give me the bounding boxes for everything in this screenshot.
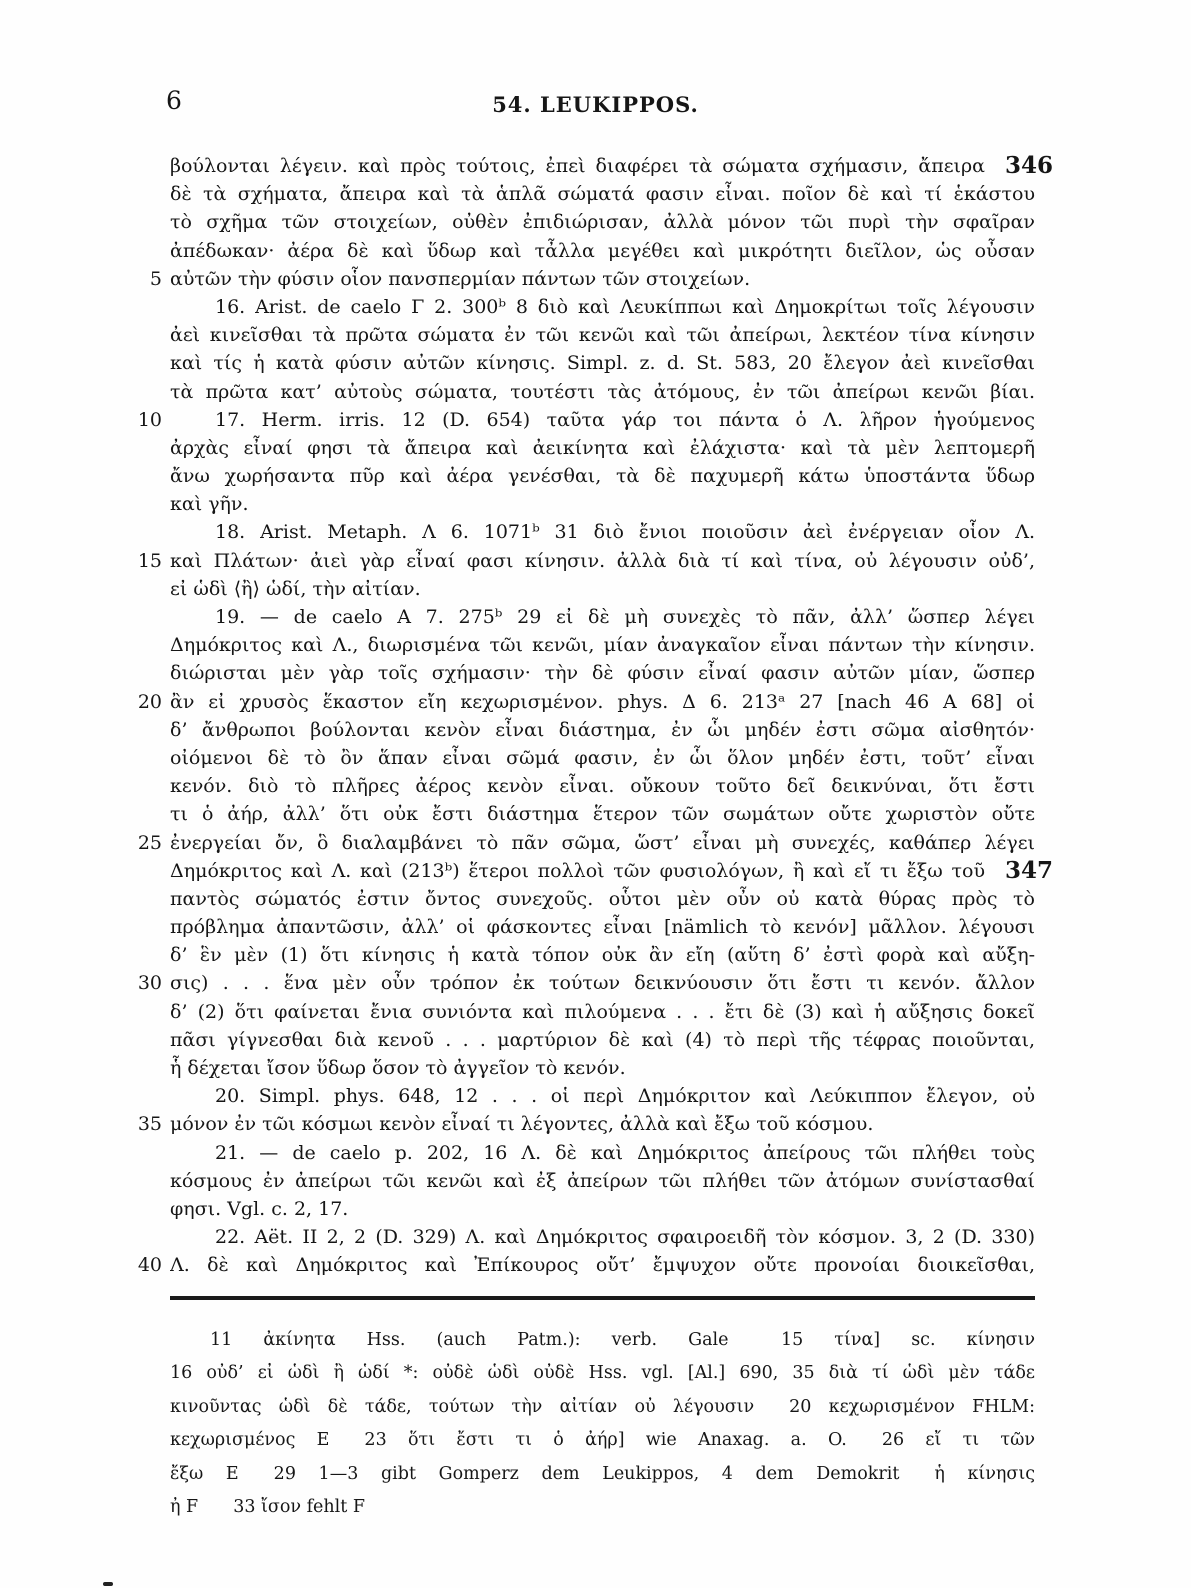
main-text-block: βούλονται λέγειν. καὶ πρὸς τούτοις, ἐπεὶ… [170, 152, 1035, 1280]
text-line-content: ἀεὶ κινεῖσθαι τὰ πρῶτα σώματα ἐν τῶι κεν… [170, 321, 1035, 349]
text-line: οἰόμενοι δὲ τὸ ὂν ἅπαν εἶναι σῶμά φασιν,… [170, 744, 1035, 772]
text-line: δ’ ἄνθρωποι βούλονται κενὸν εἶναι διάστη… [170, 716, 1035, 744]
text-line: κόσμους ἐν ἀπείρωι τῶι κενῶι καὶ ἐξ ἀπεί… [170, 1167, 1035, 1195]
text-line: ἀρχὰς εἶναί φησι τὰ ἄπειρα καὶ ἀεικίνητα… [170, 434, 1035, 462]
text-line-content: Λ. δὲ καὶ Δημόκριτος καὶ Ἐπίκουρος οὔτ’ … [170, 1251, 1035, 1279]
text-line-content: καὶ γῆν. [170, 490, 1035, 518]
margin-line-number: 5 [122, 265, 162, 293]
text-line: ἀπέδωκαν· ἀέρα δὲ καὶ ὕδωρ καὶ τἆλλα μεγ… [170, 237, 1035, 265]
running-title: 54. LEUKIPPOS. [0, 92, 1191, 118]
text-line-content: 19. — de caelo Α 7. 275ᵇ 29 εἰ δὲ μὴ συν… [170, 603, 1035, 631]
book-page: 6 54. LEUKIPPOS. βούλονται λέγειν. καὶ π… [0, 0, 1191, 1588]
text-line-content: 21. — de caelo p. 202, 16 Λ. δὲ καὶ Δημό… [170, 1139, 1035, 1167]
text-line: 22. Aët. ΙΙ 2, 2 (D. 329) Λ. καὶ Δημόκρι… [170, 1223, 1035, 1251]
text-line-content: πρόβλημα ἀπαντῶσιν, ἀλλ’ οἱ φάσκοντες εἶ… [170, 913, 1035, 941]
apparatus-criticus-block: 11 ἀκίνητα Hss. (auch Patm.): verb. Gale… [170, 1324, 1035, 1524]
text-line-content: καὶ Πλάτων· ἀιεὶ γὰρ εἶναί φασι κίνησιν.… [170, 547, 1035, 575]
apparatus-separator-rule [170, 1296, 1035, 1300]
text-line: καὶ γῆν. [170, 490, 1035, 518]
text-line-content: τὰ πρῶτα κατ’ αὐτοὺς σώματα, τουτέστι τὰ… [170, 378, 1035, 406]
text-line: Δημόκριτος καὶ Λ. καὶ (213ᵇ) ἕτεροι πολλ… [170, 857, 1035, 885]
margin-line-number: 35 [122, 1110, 162, 1138]
text-line-content: 16. Arist. de caelo Γ 2. 300ᵇ 8 διὸ καὶ … [170, 293, 1035, 321]
text-line-content: κενόν. διὸ τὸ πλῆρες ἀέρος κενὸν εἶναι. … [170, 772, 1035, 800]
text-line-content: οἰόμενοι δὲ τὸ ὂν ἅπαν εἶναι σῶμά φασιν,… [170, 744, 1035, 772]
text-line: 20ἂν εἰ χρυσὸς ἕκαστον εἴη κεχωρισμένον.… [170, 688, 1035, 716]
text-line-content: δ’ ἄνθρωποι βούλονται κενὸν εἶναι διάστη… [170, 716, 1035, 744]
text-line-content: 18. Arist. Metaph. Λ 6. 1071ᵇ 31 διὸ ἔνι… [170, 518, 1035, 546]
text-line: 1017. Herm. irris. 12 (D. 654) ταῦτα γάρ… [170, 406, 1035, 434]
text-line-content: δ’ (2) ὅτι φαίνεται ἔνια συνιόντα καὶ πι… [170, 998, 1035, 1026]
margin-line-number: 20 [122, 688, 162, 716]
text-line: φησι. Vgl. c. 2, 17. [170, 1195, 1035, 1223]
text-line: τὰ πρῶτα κατ’ αὐτοὺς σώματα, τουτέστι τὰ… [170, 378, 1035, 406]
scan-speck-artifact [103, 1582, 113, 1586]
margin-line-number: 10 [122, 406, 162, 434]
text-line: ἀεὶ κινεῖσθαι τὰ πρῶτα σώματα ἐν τῶι κεν… [170, 321, 1035, 349]
text-line-content: κόσμους ἐν ἀπείρωι τῶι κενῶι καὶ ἐξ ἀπεί… [170, 1167, 1035, 1195]
text-line: τι ὁ ἀήρ, ἀλλ’ ὅτι οὐκ ἔστι διάστημα ἕτε… [170, 800, 1035, 828]
text-line: καὶ τίς ἡ κατὰ φύσιν αὐτῶν κίνησις. Simp… [170, 349, 1035, 377]
text-line-content: δὲ τὰ σχήματα, ἄπειρα καὶ τὰ ἁπλᾶ σώματά… [170, 180, 1035, 208]
text-line: ἧ δέχεται ἴσον ὕδωρ ὅσον τὸ ἀγγεῖον τὸ κ… [170, 1054, 1035, 1082]
text-line-content: καὶ τίς ἡ κατὰ φύσιν αὐτῶν κίνησις. Simp… [170, 349, 1035, 377]
text-line-content: τὸ σχῆμα τῶν στοιχείων, οὐθὲν ἐπιδιώρισα… [170, 208, 1035, 236]
text-line: δ’ (2) ὅτι φαίνεται ἔνια συνιόντα καὶ πι… [170, 998, 1035, 1026]
apparatus-line: κινοῦντας ὡδὶ δὲ τάδε, τούτων τὴν αἰτίαν… [170, 1391, 1035, 1424]
text-line: πᾶσι γίγνεσθαι διὰ κενοῦ . . . μαρτύριον… [170, 1026, 1035, 1054]
text-line-content: τι ὁ ἀήρ, ἀλλ’ ὅτι οὐκ ἔστι διάστημα ἕτε… [170, 800, 1035, 828]
apparatus-line: 11 ἀκίνητα Hss. (auch Patm.): verb. Gale… [170, 1324, 1035, 1357]
text-line-content: ἂν εἰ χρυσὸς ἕκαστον εἴη κεχωρισμένον. p… [170, 688, 1035, 716]
text-line-content: ἧ δέχεται ἴσον ὕδωρ ὅσον τὸ ἀγγεῖον τὸ κ… [170, 1054, 1035, 1082]
text-line: 5αὐτῶν τὴν φύσιν οἷον πανσπερμίαν πάντων… [170, 265, 1035, 293]
text-line: δὲ τὰ σχήματα, ἄπειρα καὶ τὰ ἁπλᾶ σώματά… [170, 180, 1035, 208]
text-line: πρόβλημα ἀπαντῶσιν, ἀλλ’ οἱ φάσκοντες εἶ… [170, 913, 1035, 941]
text-line-content: σις) . . . ἕνα μὲν οὖν τρόπον ἐκ τούτων … [170, 969, 1035, 997]
text-line-content: ἐνεργείαι ὄν, ὃ διαλαμβάνει τὸ πᾶν σῶμα,… [170, 829, 1035, 857]
margin-line-number: 25 [122, 829, 162, 857]
text-line-content: αὐτῶν τὴν φύσιν οἷον πανσπερμίαν πάντων … [170, 265, 1035, 293]
text-line-content: εἰ ὡδὶ ⟨ἢ⟩ ὡδί, τὴν αἰτίαν. [170, 575, 1035, 603]
text-line: 19. — de caelo Α 7. 275ᵇ 29 εἰ δὲ μὴ συν… [170, 603, 1035, 631]
text-line: 15καὶ Πλάτων· ἀιεὶ γὰρ εἶναί φασι κίνησι… [170, 547, 1035, 575]
text-line-content: ἀπέδωκαν· ἀέρα δὲ καὶ ὕδωρ καὶ τἆλλα μεγ… [170, 237, 1035, 265]
text-line-content: 22. Aët. ΙΙ 2, 2 (D. 329) Λ. καὶ Δημόκρι… [170, 1223, 1035, 1251]
text-line-content: διώρισται μὲν γὰρ τοῖς σχήμασιν· τὴν δὲ … [170, 659, 1035, 687]
text-line: διώρισται μὲν γὰρ τοῖς σχήμασιν· τὴν δὲ … [170, 659, 1035, 687]
text-line: κενόν. διὸ τὸ πλῆρες ἀέρος κενὸν εἶναι. … [170, 772, 1035, 800]
apparatus-line: ἠ F 33 ἴσον fehlt F [170, 1491, 1035, 1524]
text-line: 30σις) . . . ἕνα μὲν οὖν τρόπον ἐκ τούτω… [170, 969, 1035, 997]
text-line: 35μόνον ἐν τῶι κόσμωι κενὸν εἶναί τι λέγ… [170, 1110, 1035, 1138]
margin-page-reference: 346 [985, 152, 1053, 180]
text-line-content: ἀρχὰς εἶναί φησι τὰ ἄπειρα καὶ ἀεικίνητα… [170, 434, 1035, 462]
margin-line-number: 15 [122, 547, 162, 575]
text-line-content: 17. Herm. irris. 12 (D. 654) ταῦτα γάρ τ… [170, 406, 1035, 434]
text-line: 40Λ. δὲ καὶ Δημόκριτος καὶ Ἐπίκουρος οὔτ… [170, 1251, 1035, 1279]
apparatus-line: κεχωρισμένος E 23 ὅτι ἔστι τι ὁ ἀήρ] wie… [170, 1424, 1035, 1457]
margin-line-number: 40 [122, 1251, 162, 1279]
text-line: 20. Simpl. phys. 648, 12 . . . οἱ περὶ Δ… [170, 1082, 1035, 1110]
text-line: 18. Arist. Metaph. Λ 6. 1071ᵇ 31 διὸ ἔνι… [170, 518, 1035, 546]
text-line-content: παντὸς σώματός ἐστιν ὄντος συνεχοῦς. οὗτ… [170, 885, 1035, 913]
margin-page-reference: 347 [985, 857, 1053, 885]
text-line: εἰ ὡδὶ ⟨ἢ⟩ ὡδί, τὴν αἰτίαν. [170, 575, 1035, 603]
text-line-content: δ’ ἓν μὲν (1) ὅτι κίνησις ἡ κατὰ τόπον ο… [170, 941, 1035, 969]
text-line: βούλονται λέγειν. καὶ πρὸς τούτοις, ἐπεὶ… [170, 152, 1035, 180]
text-line-content: ἄνω χωρήσαντα πῦρ καὶ ἀέρα γενέσθαι, τὰ … [170, 462, 1035, 490]
text-line: 25ἐνεργείαι ὄν, ὃ διαλαμβάνει τὸ πᾶν σῶμ… [170, 829, 1035, 857]
margin-line-number: 30 [122, 969, 162, 997]
text-line-content: μόνον ἐν τῶι κόσμωι κενὸν εἶναί τι λέγον… [170, 1110, 1035, 1138]
apparatus-line: 16 οὐδ’ εἰ ὡδὶ ἢ ὡδί *: οὐδὲ ὡδὶ οὐδὲ Hs… [170, 1357, 1035, 1390]
text-line: δ’ ἓν μὲν (1) ὅτι κίνησις ἡ κατὰ τόπον ο… [170, 941, 1035, 969]
text-line-content: Δημόκριτος καὶ Λ., διωρισμένα τῶι κενῶι,… [170, 631, 1035, 659]
text-line: 16. Arist. de caelo Γ 2. 300ᵇ 8 διὸ καὶ … [170, 293, 1035, 321]
text-line: ἄνω χωρήσαντα πῦρ καὶ ἀέρα γενέσθαι, τὰ … [170, 462, 1035, 490]
text-line: Δημόκριτος καὶ Λ., διωρισμένα τῶι κενῶι,… [170, 631, 1035, 659]
apparatus-line: ἔξω E 29 1—3 gibt Gomperz dem Leukippos,… [170, 1458, 1035, 1491]
text-line: παντὸς σώματός ἐστιν ὄντος συνεχοῦς. οὗτ… [170, 885, 1035, 913]
text-line: τὸ σχῆμα τῶν στοιχείων, οὐθὲν ἐπιδιώρισα… [170, 208, 1035, 236]
text-line-content: πᾶσι γίγνεσθαι διὰ κενοῦ . . . μαρτύριον… [170, 1026, 1035, 1054]
text-line-content: φησι. Vgl. c. 2, 17. [170, 1195, 1035, 1223]
text-line: 21. — de caelo p. 202, 16 Λ. δὲ καὶ Δημό… [170, 1139, 1035, 1167]
text-line-content: 20. Simpl. phys. 648, 12 . . . οἱ περὶ Δ… [170, 1082, 1035, 1110]
text-line-content: Δημόκριτος καὶ Λ. καὶ (213ᵇ) ἕτεροι πολλ… [170, 857, 985, 885]
text-line-content: βούλονται λέγειν. καὶ πρὸς τούτοις, ἐπεὶ… [170, 152, 985, 180]
